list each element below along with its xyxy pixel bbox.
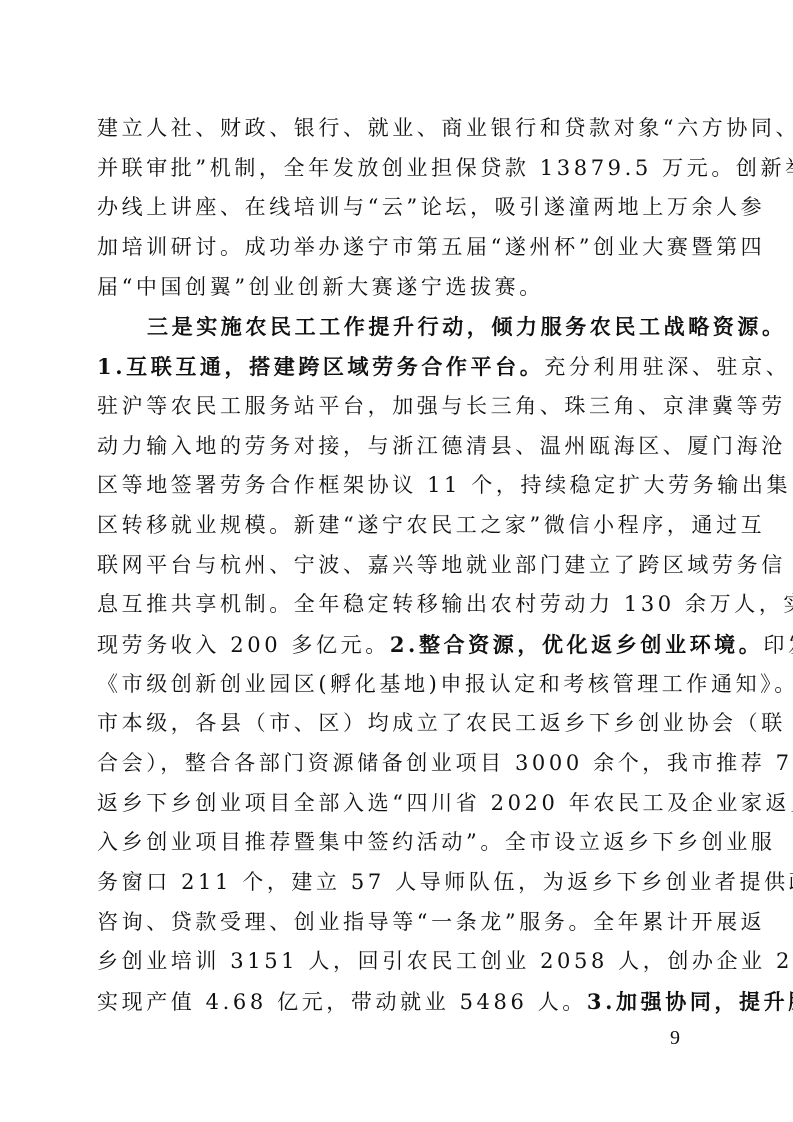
- text-run: 乡创业培训 3151 人，回引农民工创业 2058 人，创办企业 206 个，: [97, 949, 793, 973]
- text-run: 加培训研讨。成功举办遂宁市第五届“遂州杯”创业大赛暨第四: [97, 235, 765, 259]
- text-line: 并联审批”机制，全年发放创业担保贷款 13879.5 万元。创新举: [97, 149, 699, 189]
- text-line: 咨询、贷款受理、创业指导等“一条龙”服务。全年累计开展返: [97, 903, 699, 943]
- text-line: 实现产值 4.68 亿元，带动就业 5486 人。3.加强协同，提升服务: [97, 982, 699, 1022]
- text-run: 并联审批”机制，全年发放创业担保贷款 13879.5 万元。创新举: [97, 156, 793, 180]
- bold-text-run: 1.互联互通，搭建跨区域劳务合作平台。: [97, 354, 544, 379]
- text-run: 区等地签署劳务合作框架协议 11 个，持续稳定扩大劳务输出集中: [97, 473, 793, 497]
- text-run: 实现产值 4.68 亿元，带动就业 5486 人。: [97, 990, 587, 1014]
- text-run: 入乡创业项目推荐暨集中签约活动”。全市设立返乡下乡创业服: [97, 830, 776, 854]
- text-run: 动力输入地的劳务对接，与浙江德清县、温州瓯海区、厦门海沧: [97, 434, 786, 458]
- text-run: 务窗口 211 个，建立 57 人导师队伍，为返乡下乡创业者提供政策: [97, 870, 793, 894]
- text-line: 动力输入地的劳务对接，与浙江德清县、温州瓯海区、厦门海沧: [97, 427, 699, 467]
- text-line: 驻沪等农民工服务站平台，加强与长三角、珠三角、京津冀等劳: [97, 387, 699, 427]
- text-line: 现劳务收入 200 多亿元。2.整合资源，优化返乡创业环境。印发: [97, 625, 699, 665]
- text-run: 充分利用驻深、驻京、: [544, 355, 790, 379]
- document-page: 建立人社、财政、银行、就业、商业银行和贷款对象“六方协同、 并联审批”机制，全年…: [0, 0, 793, 1122]
- text-line: 返乡下乡创业项目全部入选“四川省 2020 年农民工及企业家返乡: [97, 784, 699, 824]
- bold-text-run: 2.整合资源，优化返乡创业环境。: [390, 632, 764, 657]
- text-line: 办线上讲座、在线培训与“云”论坛，吸引遂潼两地上万余人参: [97, 188, 699, 228]
- text-line: 届“中国创翼”创业创新大赛遂宁选拔赛。: [97, 268, 699, 308]
- bold-text-run: 3.加强协同，提升服务: [587, 989, 793, 1014]
- text-run: 合会），整合各部门资源储备创业项目 3000 余个，我市推荐 7 个: [97, 751, 793, 775]
- text-run: 《市级创新创业园区(孵化基地)申报认定和考核管理工作通知》。: [97, 672, 793, 696]
- text-run: 驻沪等农民工服务站平台，加强与长三角、珠三角、京津冀等劳: [97, 394, 786, 418]
- text-run: 印发: [763, 633, 793, 657]
- text-run: 市本级，各县（市、区）均成立了农民工返乡下乡创业协会（联: [97, 711, 786, 735]
- body-text: 建立人社、财政、银行、就业、商业银行和贷款对象“六方协同、 并联审批”机制，全年…: [97, 109, 699, 1022]
- text-line: 务窗口 211 个，建立 57 人导师队伍，为返乡下乡创业者提供政策: [97, 863, 699, 903]
- text-line: 区转移就业规模。新建“遂宁农民工之家”微信小程序，通过互: [97, 506, 699, 546]
- text-line: 1.互联互通，搭建跨区域劳务合作平台。充分利用驻深、驻京、: [97, 347, 699, 387]
- text-line: 加培训研讨。成功举办遂宁市第五届“遂州杯”创业大赛暨第四: [97, 228, 699, 268]
- text-line: 建立人社、财政、银行、就业、商业银行和贷款对象“六方协同、: [97, 109, 699, 149]
- text-run: 咨询、贷款受理、创业指导等“一条龙”服务。全年累计开展返: [97, 910, 765, 934]
- text-line: 乡创业培训 3151 人，回引农民工创业 2058 人，创办企业 206 个，: [97, 942, 699, 982]
- bold-text-run: 三是实施农民工工作提升行动，倾力服务农民工战略资源。: [147, 314, 787, 339]
- text-line: 入乡创业项目推荐暨集中签约活动”。全市设立返乡下乡创业服: [97, 823, 699, 863]
- page-number: 9: [665, 1026, 685, 1050]
- text-line: 联网平台与杭州、宁波、嘉兴等地就业部门建立了跨区域劳务信: [97, 546, 699, 586]
- text-run: 返乡下乡创业项目全部入选“四川省 2020 年农民工及企业家返乡: [97, 791, 793, 815]
- section-heading: 三是实施农民工工作提升行动，倾力服务农民工战略资源。: [97, 307, 699, 347]
- text-run: 办线上讲座、在线培训与“云”论坛，吸引遂潼两地上万余人参: [97, 195, 765, 219]
- text-run: 联网平台与杭州、宁波、嘉兴等地就业部门建立了跨区域劳务信: [97, 553, 786, 577]
- text-run: 届“中国创翼”创业创新大赛遂宁选拔赛。: [97, 275, 544, 299]
- text-run: 区转移就业规模。新建“遂宁农民工之家”微信小程序，通过互: [97, 513, 765, 537]
- text-line: 息互推共享机制。全年稳定转移输出农村劳动力 130 余万人，实: [97, 585, 699, 625]
- text-line: 市本级，各县（市、区）均成立了农民工返乡下乡创业协会（联: [97, 704, 699, 744]
- text-run: 现劳务收入 200 多亿元。: [97, 633, 390, 657]
- text-run: 建立人社、财政、银行、就业、商业银行和贷款对象“六方协同、: [97, 116, 793, 140]
- text-line: 区等地签署劳务合作框架协议 11 个，持续稳定扩大劳务输出集中: [97, 466, 699, 506]
- text-line: 合会），整合各部门资源储备创业项目 3000 余个，我市推荐 7 个: [97, 744, 699, 784]
- text-run: 息互推共享机制。全年稳定转移输出农村劳动力 130 余万人，实: [97, 592, 793, 616]
- text-line: 《市级创新创业园区(孵化基地)申报认定和考核管理工作通知》。: [97, 665, 699, 705]
